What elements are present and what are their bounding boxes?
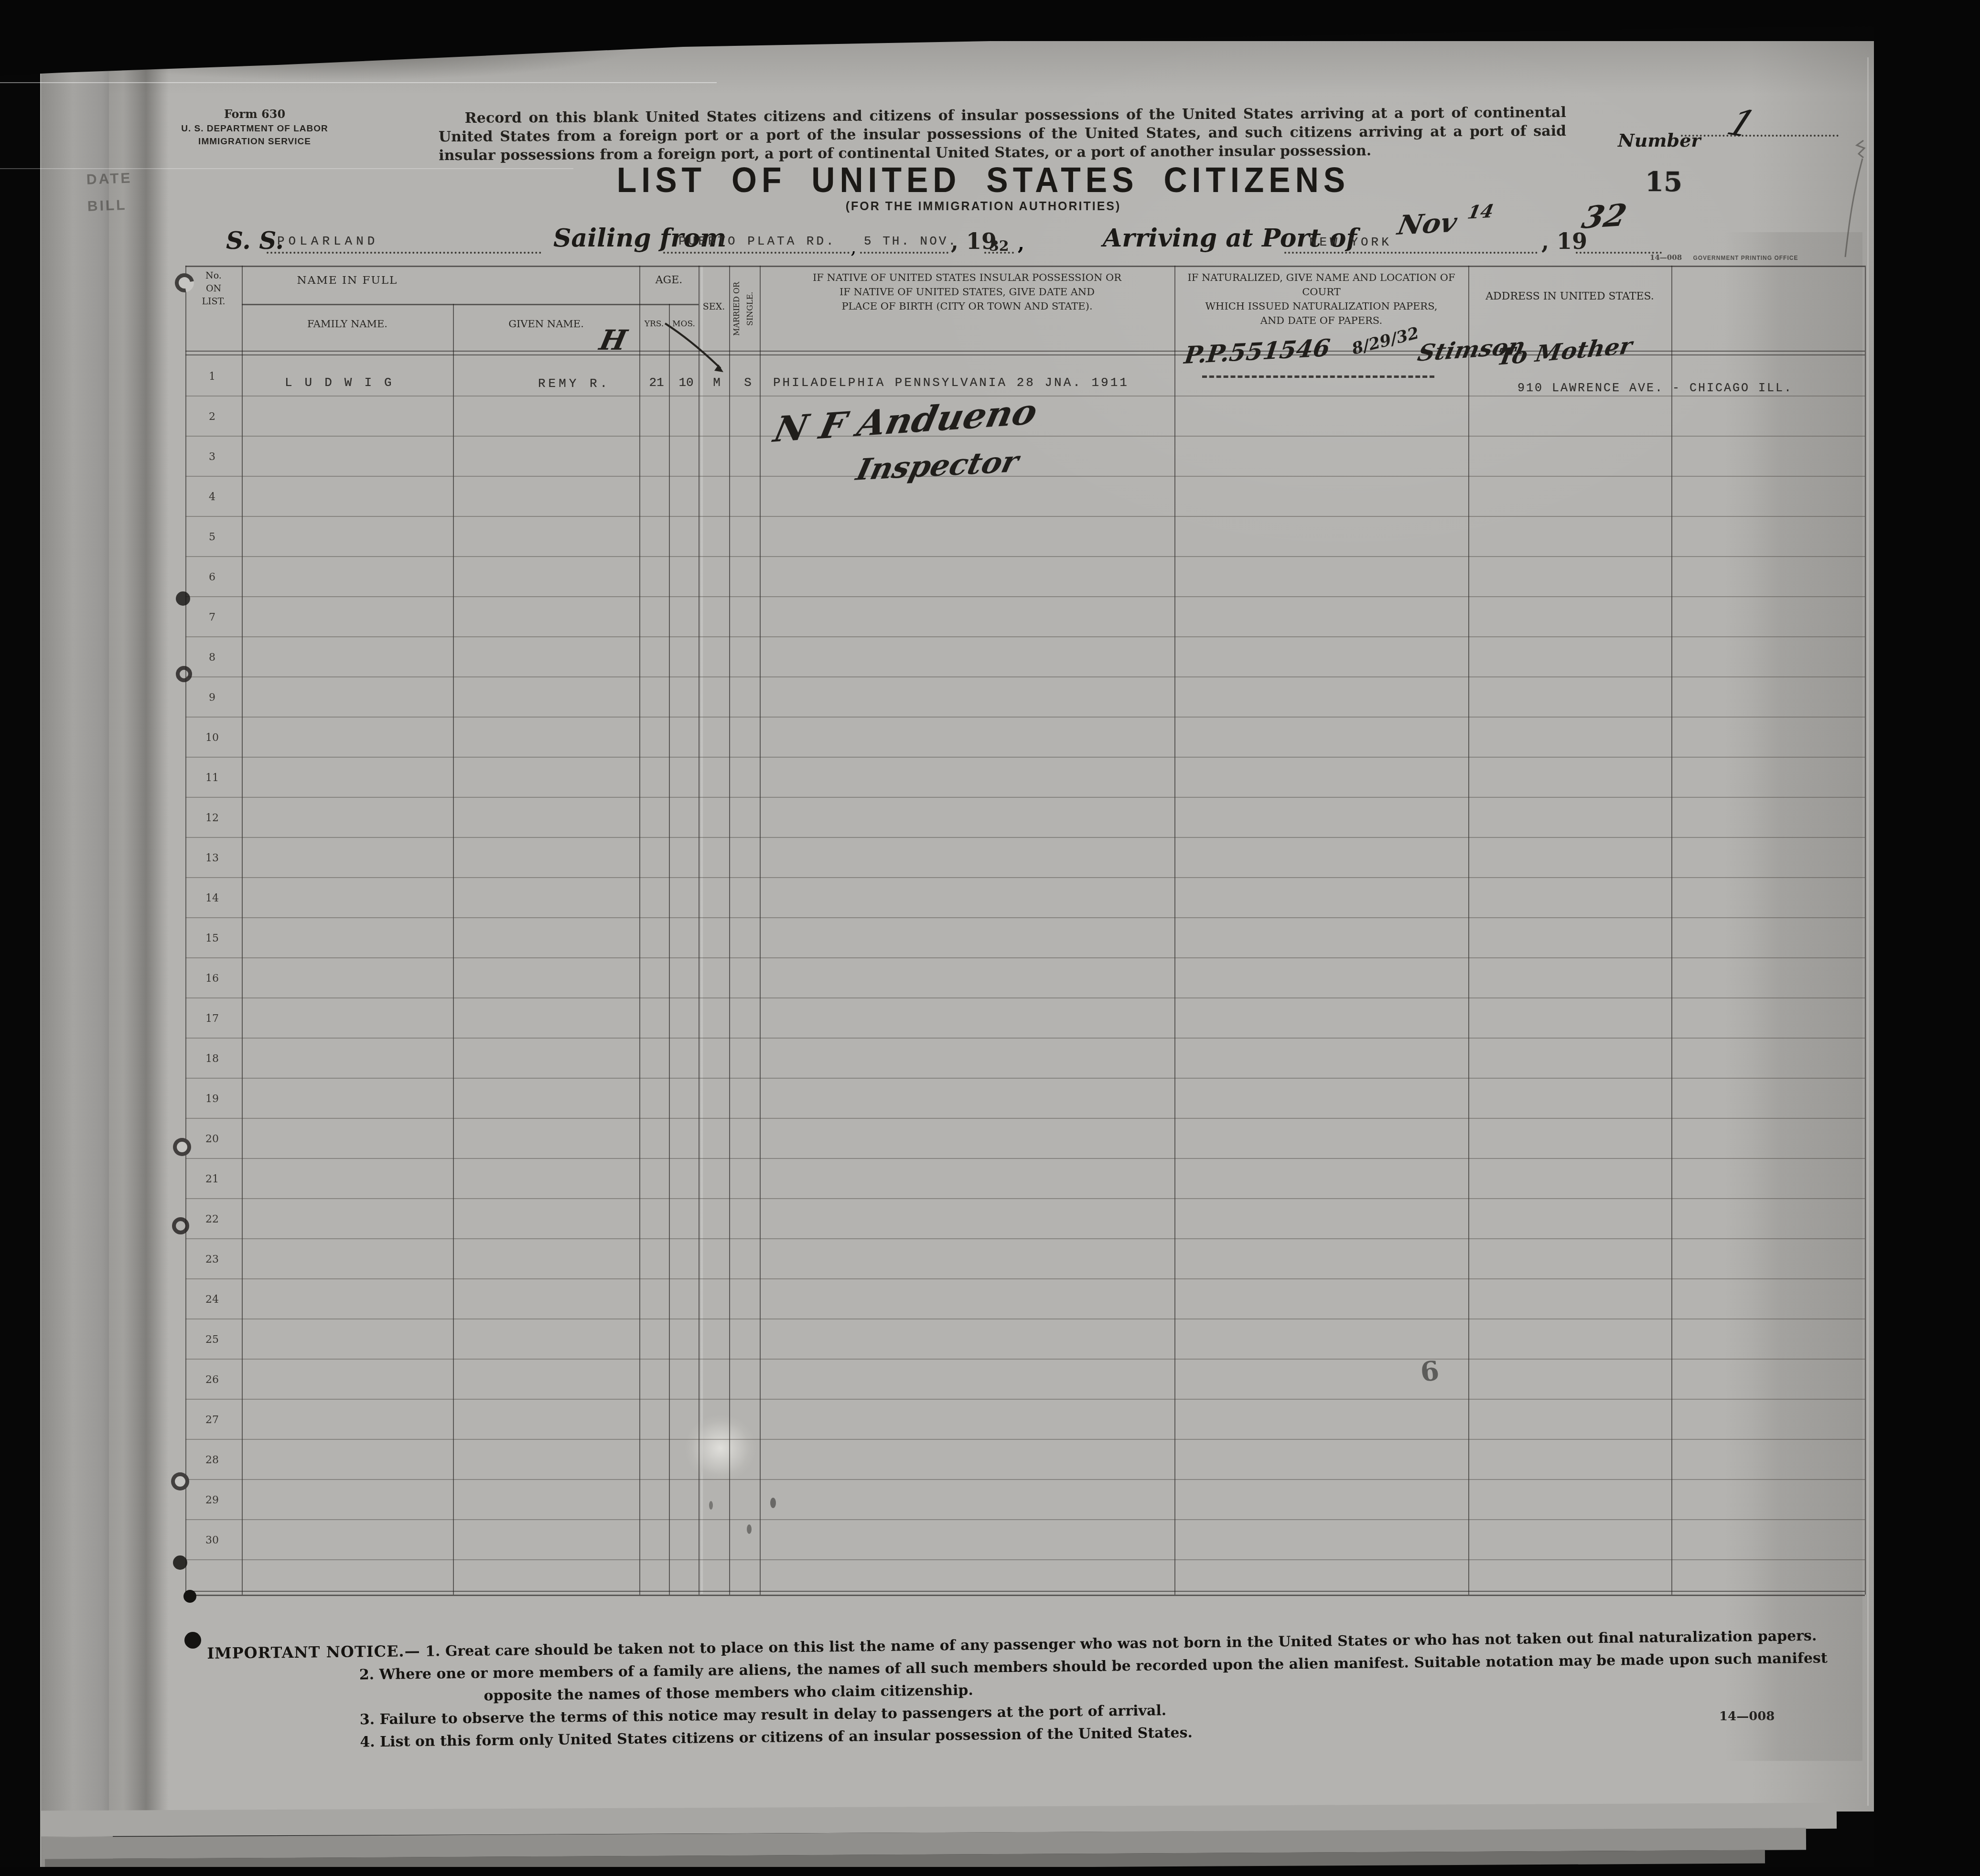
row-number: 26: [185, 1374, 239, 1386]
row-line: [185, 1591, 1865, 1592]
row-line: [185, 1399, 1865, 1400]
col-header-native: IF NATIVE OF UNITED STATES INSULAR POSSE…: [760, 270, 1174, 313]
ink-dot: [184, 1632, 201, 1649]
row-line: [185, 917, 1865, 918]
punch-mark: [171, 1472, 189, 1490]
col-header-age: AGE.: [639, 274, 699, 286]
punch-mark: [172, 1217, 189, 1234]
form-id-block: Form 630 U. S. DEPARTMENT OF LABOR IMMIG…: [176, 107, 334, 147]
number-line: [1681, 135, 1839, 137]
col-header-naturalized: IF NATURALIZED, GIVE NAME AND LOCATION O…: [1174, 270, 1468, 328]
row-line: [185, 877, 1865, 878]
column-line: [639, 266, 640, 1595]
naturalized-line-2: WHICH ISSUED NATURALIZATION PAPERS,: [1174, 299, 1468, 313]
row-line: [185, 957, 1865, 958]
comma-1: ,: [850, 236, 857, 258]
row-number: 5: [185, 531, 239, 543]
row-line: [185, 1439, 1865, 1440]
handwritten-arrival-year: 32: [1579, 197, 1630, 236]
column-line: [699, 266, 699, 1595]
row-line: [185, 837, 1865, 838]
col-header-name-in-full: NAME IN FULL: [242, 274, 453, 287]
gpo-office: GOVERNMENT PRINTING OFFICE: [1693, 255, 1798, 261]
row-number: 15: [185, 933, 239, 944]
row1-naturalization-no: P.P.551546: [1183, 333, 1332, 369]
row-line: [185, 636, 1865, 637]
row-number: 2: [185, 411, 239, 423]
row-number: 27: [185, 1414, 239, 1426]
row-number: 17: [185, 1013, 239, 1025]
row-line: [185, 676, 1865, 677]
arrival-year-line: [1576, 252, 1662, 254]
column-line: [1174, 266, 1175, 1595]
row-number: 9: [185, 692, 239, 704]
row-number: 13: [185, 852, 239, 864]
native-line-1: IF NATIVE OF UNITED STATES INSULAR POSSE…: [760, 270, 1174, 285]
row-number: 1: [185, 371, 239, 383]
column-line: [185, 266, 186, 1595]
row-line: [185, 1519, 1865, 1520]
notice-item-1-num: 1.: [425, 1643, 441, 1660]
notice-item-3-num: 3.: [360, 1711, 375, 1728]
column-line: [1468, 266, 1469, 1595]
row-line: [185, 1198, 1865, 1199]
column-line: [1671, 266, 1672, 1595]
ink-dot: [183, 1590, 196, 1603]
sailing-port-line: [663, 252, 850, 254]
column-line: [760, 266, 761, 1595]
row-number: 7: [185, 611, 239, 623]
stain-blob: [673, 1398, 768, 1498]
column-line: [453, 304, 454, 1595]
scan-streak: [0, 82, 717, 83]
punch-mark: [176, 666, 192, 682]
native-line-2: IF NATIVE OF UNITED STATES, GIVE DATE AN…: [760, 285, 1174, 299]
row-number: 28: [185, 1454, 239, 1466]
column-line: [242, 266, 243, 1595]
row-number: 4: [185, 491, 239, 503]
row-line: [185, 1038, 1865, 1039]
row-number: 8: [185, 652, 239, 664]
row1-sex: M: [701, 375, 732, 390]
arrival-port-line: [1284, 252, 1538, 254]
row1-family-name: LUDWIG: [285, 375, 404, 390]
row-line: [185, 476, 1865, 477]
row-number: 18: [185, 1053, 239, 1065]
page-right-edge-highlight: [1867, 57, 1869, 1806]
row1-address: 910 LAWRENCE AVE. - CHICAGO ILL.: [1517, 381, 1793, 395]
insertion-arrow: [658, 321, 735, 383]
row-line: [185, 797, 1865, 798]
ship-name-line: [267, 252, 541, 254]
row-line: [185, 516, 1865, 517]
col-header-no-on-list: No. ON LIST.: [185, 269, 242, 308]
row-number: 3: [185, 451, 239, 463]
arrival-port: NEW YORK: [1309, 235, 1392, 249]
row-number: 16: [185, 973, 239, 985]
notice-label: IMPORTANT NOTICE.—: [207, 1642, 420, 1662]
scanner-right-edge: [1874, 0, 1980, 1876]
punch-mark: [173, 1138, 191, 1156]
row-number: 20: [185, 1133, 239, 1145]
row-number: 30: [185, 1534, 239, 1546]
col-header-sex: SEX.: [699, 301, 729, 312]
ss-label: S. S.: [226, 226, 284, 255]
row-number: 11: [185, 772, 239, 784]
row-line: [185, 266, 1865, 267]
col-header-family-name: FAMILY NAME.: [242, 318, 453, 330]
punch-mark: [173, 1555, 187, 1570]
department-name: U. S. DEPARTMENT OF LABOR: [176, 124, 334, 134]
row-line: [185, 1319, 1865, 1319]
date-bill-stamp: DATE BILL: [86, 170, 133, 214]
row-number: 12: [185, 812, 239, 824]
sailing-port: PUERTO PLATA RD.: [678, 234, 836, 248]
underlying-page-edges: [40, 68, 113, 1867]
manifest-page: Form 630 U. S. DEPARTMENT OF LABOR IMMIG…: [109, 41, 1874, 1812]
sailing-date: 5 TH. NOV.: [864, 234, 958, 248]
gpo-imprint: 14—008 GOVERNMENT PRINTING OFFICE: [1650, 253, 1798, 262]
sailing-date-line: [860, 252, 948, 254]
left-fold-shadow: [123, 41, 169, 1812]
row-line: [185, 596, 1865, 597]
right-shade-band: [1724, 232, 1862, 1761]
native-line-3: PLACE OF BIRTH (CITY OR TOWN AND STATE).: [760, 299, 1174, 313]
column-line: [669, 304, 670, 1595]
row1-naturalization-date: 8/29/32: [1350, 323, 1421, 358]
number-label: Number: [1618, 129, 1700, 151]
sailing-year-line: [984, 252, 1014, 254]
row-line: [185, 1559, 1865, 1560]
row-line: [185, 1158, 1865, 1159]
col-header-address: ADDRESS IN UNITED STATES.: [1468, 290, 1671, 302]
page-stamp: 15: [1645, 166, 1682, 198]
important-notice: IMPORTANT NOTICE.— 1. Great care should …: [207, 1623, 1875, 1755]
row-line: [185, 1118, 1865, 1119]
row-number: 23: [185, 1254, 239, 1265]
row1-naturalization-dashes: [1202, 375, 1434, 378]
no-line-3: LIST.: [185, 295, 242, 308]
handwritten-number: 1: [1721, 101, 1762, 146]
row1-given-name: REMY R.: [538, 376, 610, 391]
form-number: Form 630: [176, 107, 334, 121]
row-number: 14: [185, 892, 239, 904]
row-number: 29: [185, 1494, 239, 1506]
stamp-bill: BILL: [87, 197, 133, 214]
notice-item-2-num: 2.: [359, 1666, 375, 1683]
row-number: 6: [185, 571, 239, 583]
ship-name: POLARLAND: [277, 234, 378, 248]
inspector-title: Inspector: [853, 444, 1022, 487]
row1-married-single: S: [732, 375, 763, 390]
arrival-month: Nov: [1395, 207, 1459, 241]
naturalized-line-1: IF NATURALIZED, GIVE NAME AND LOCATION O…: [1174, 270, 1468, 299]
table-fold-highlight: [700, 266, 703, 1594]
column-line: [1865, 266, 1866, 1595]
row-number: 19: [185, 1093, 239, 1105]
row-number: 24: [185, 1294, 239, 1306]
column-line: [729, 266, 730, 1595]
row-line: [185, 717, 1865, 718]
form-title: LIST OF UNITED STATES CITIZENS: [434, 160, 1533, 200]
gpo-code: 14—008: [1650, 253, 1682, 262]
row-number: 21: [185, 1173, 239, 1185]
row-line: [185, 1078, 1865, 1079]
punch-mark: [176, 591, 190, 606]
scanner-bottom-edge: [0, 1867, 1980, 1876]
row-line: [185, 1359, 1865, 1360]
row-line: [185, 1479, 1865, 1480]
row-line: [242, 304, 699, 305]
row-line: [185, 436, 1865, 437]
scanned-document: Form 630 U. S. DEPARTMENT OF LABOR IMMIG…: [0, 0, 1980, 1876]
naturalized-line-3: AND DATE OF PAPERS.: [1174, 313, 1468, 328]
row-number: 25: [185, 1334, 239, 1346]
row1-age-yrs: 21: [642, 375, 671, 390]
row-line: [185, 556, 1865, 557]
arrival-day: 14: [1466, 200, 1496, 223]
row1-birthplace: PHILADELPHIA PENNSYLVANIA 28 JNA. 1911: [773, 375, 1129, 390]
service-name: IMMIGRATION SERVICE: [176, 137, 334, 147]
footer-code: 14—008: [1719, 1709, 1775, 1724]
row-number: 22: [185, 1213, 239, 1225]
row-line: [185, 757, 1865, 758]
scan-streak: [0, 168, 573, 169]
row1-age-mos: 10: [671, 375, 701, 390]
comma-2: ,: [1018, 232, 1024, 255]
notice-item-4-num: 4.: [360, 1734, 375, 1750]
stamp-date: DATE: [86, 170, 132, 188]
row-line: [185, 1595, 1865, 1596]
handwritten-arrival-date: Nov 14: [1395, 200, 1496, 241]
row-line: [185, 1238, 1865, 1239]
row-line: [185, 1278, 1865, 1279]
instructions-paragraph: Record on this blank United States citiz…: [439, 103, 1567, 165]
row-line: [185, 997, 1865, 998]
row-number: 10: [185, 732, 239, 744]
inspector-signature: N F Andueno: [770, 391, 1041, 450]
form-subtitle: (FOR THE IMMIGRATION AUTHORITIES): [434, 200, 1533, 214]
stamp-6: 6: [1419, 1355, 1441, 1388]
